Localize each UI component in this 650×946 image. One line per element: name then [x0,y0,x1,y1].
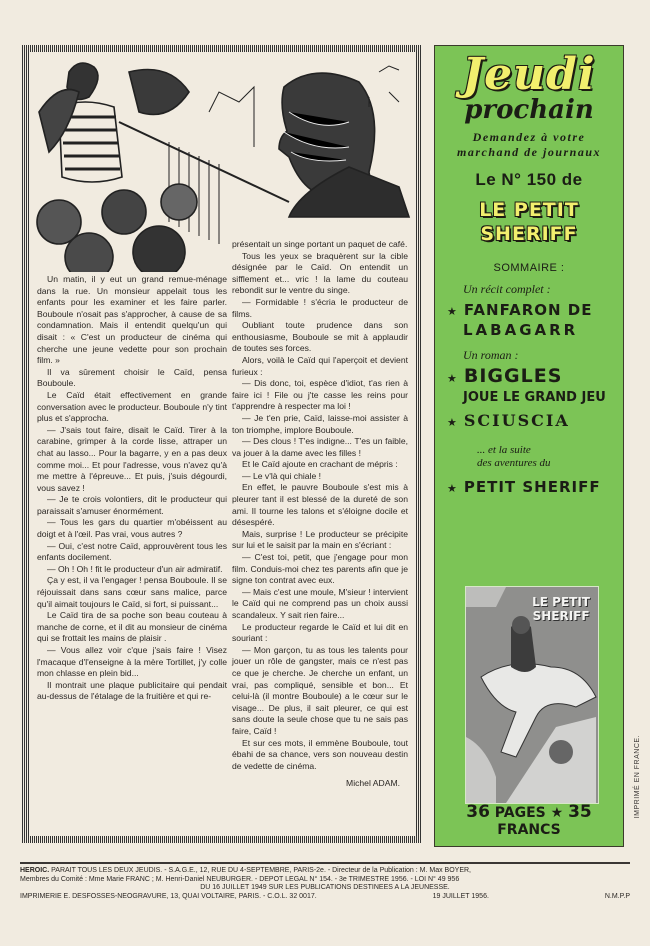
contents-item: ★SCIUSCIA [435,411,623,432]
author-signature: Michel ADAM. [232,778,408,790]
paragraph: Oubliant toute prudence dans son enthous… [232,320,408,355]
paragraph: Un matin, il y eut un grand remue-ménage… [37,274,227,367]
star-icon: ★ [447,482,458,495]
star-icon: ★ [551,805,564,821]
cover-title-line: SHERIFF [532,609,590,623]
imprint-line: IMPRIMERIE E. DESFOSSES-NEOGRAVURE, 13, … [20,893,317,902]
star-icon: ★ [447,305,458,318]
contents-item: ★FANFARON DE LABAGARR [435,301,623,340]
paragraph: Le Caïd tira de sa poche son beau coutea… [37,610,227,645]
ad-headline: Jeudi [435,52,623,98]
paragraph: Mais, surprise ! Le producteur se précip… [232,529,408,552]
paragraph: Le Caïd était effectivement en grande co… [37,390,227,425]
ask-line: Demandez à votre [435,130,623,145]
paragraph: — Mon garçon, tu as tous les talents pou… [232,645,408,738]
imprint-date: 19 JUILLET 1956. [433,893,489,902]
price-value: 35 [568,802,592,822]
imprint-line: Membres du Comité : Mme Marie FRANC ; M.… [20,876,630,885]
contents-heading: SOMMAIRE : [435,262,623,274]
paragraph: — Mais c'est une moule, M'sieur ! interv… [232,587,408,622]
paragraph: présentait un singe portant un paquet de… [232,239,408,251]
category-label: Un roman : [435,348,623,363]
printed-in-france-note: IMPRIMÉ EN FRANCE. [634,735,641,818]
ad-subheadline: prochain [435,96,623,124]
cover-title: LE PETIT SHERIFF [532,595,590,623]
star-icon: ★ [447,416,458,429]
paragraph: Il va sûrement choisir le Caïd, pensa Bo… [37,367,227,390]
ad-ask: Demandez à votre marchand de journaux [435,130,623,160]
price-line: 36 PAGES ★ 35 FRANCS [435,802,623,838]
next-issue-advert: Jeudi prochain Demandez à votre marchand… [434,45,624,847]
paragraph: — Vous allez voir c'que j'sais faire ! V… [37,645,227,680]
item-title: PETIT SHERIFF [464,478,601,496]
paragraph: — Le v'là qui chiale ! [232,471,408,483]
title-line: SHERIFF [435,222,623,246]
contents-item: ★PETIT SHERIFF [435,478,623,498]
continuation-note: ... et la suite des aventures du [435,444,623,470]
pages-label: PAGES [495,805,546,821]
story-column-2: présentait un singe portant un paquet de… [232,239,408,790]
paragraph: Et sur ces mots, il emmène Bouboule, tou… [232,738,408,773]
distributor-mark: N.M.P.P [605,893,630,902]
imprint-line: DU 16 JUILLET 1949 SUR LES PUBLICATIONS … [20,884,630,893]
ask-line: marchand de journaux [435,145,623,160]
title-line: LE PETIT [435,198,623,222]
item-subtitle: JOUE LE GRAND JEU [447,388,623,407]
story-column-1: Un matin, il y eut un grand remue-ménage… [37,274,227,703]
paragraph: — Tous les gars du quartier m'obéissent … [37,517,227,540]
price-currency: FRANCS [497,822,561,838]
story-frame: Un matin, il y eut un grand remue-ménage… [22,45,422,843]
paragraph: Ça y est, il va l'engager ! pensa Boubou… [37,575,227,610]
paragraph: — Je te crois volontiers, dit le product… [37,494,227,517]
paragraph: — Je t'en prie, Caïd, laisse-moi assiste… [232,413,408,436]
paragraph: Le producteur regarde le Caïd et lui dit… [232,622,408,645]
paragraph: En effet, le pauvre Bouboule s'est mis à… [232,482,408,528]
star-icon: ★ [447,372,458,385]
paragraph: — Des clous ! T'es indigne... T'es un fa… [232,436,408,459]
item-title: SCIUSCIA [464,411,570,430]
paragraph: — Oui, c'est notre Caïd, approuvèrent to… [37,541,227,564]
magazine-title: LE PETIT SHERIFF [435,198,623,246]
category-label: Un récit complet : [435,282,623,297]
paragraph: — C'est toi, petit, que j'engage pour mo… [232,552,408,587]
pages-count: 36 [466,802,490,822]
paragraph: Tous les yeux se braquèrent sur la cible… [232,251,408,297]
paragraph: — Dis donc, toi, espèce d'idiot, t'as ri… [232,378,408,413]
paragraph: — Formidable ! s'écria le producteur de … [232,297,408,320]
paragraph: Et le Caïd ajoute en crachant de mépris … [232,459,408,471]
cover-title-line: LE PETIT [532,595,590,609]
note-line: ... et la suite [477,444,623,457]
contents-item: ★BIGGLES JOUE LE GRAND JEU [435,367,623,407]
paragraph: — Oh ! Oh ! fit le producteur d'un air a… [37,564,227,576]
imprint-footer: HEROIC. PARAIT TOUS LES DEUX JEUDIS. - S… [20,862,630,901]
paragraph: Il montrait une plaque publicitaire qui … [37,680,227,703]
issue-number: Le N° 150 de [435,170,623,190]
item-title: BIGGLES [464,365,563,387]
imprint-line: PARAIT TOUS LES DEUX JEUDIS. - S.A.G.E.,… [51,867,471,874]
item-title: FANFARON DE [464,301,593,319]
paragraph: — J'sais tout faire, disait le Caïd. Tir… [37,425,227,495]
paragraph: Alors, voilà le Caïd qui l'aperçoit et d… [232,355,408,378]
item-title: LABAGARR [447,321,623,340]
publication-name: HEROIC. [20,867,49,874]
note-line: des aventures du [477,457,623,470]
cover-image: LE PETIT SHERIFF [465,586,599,804]
